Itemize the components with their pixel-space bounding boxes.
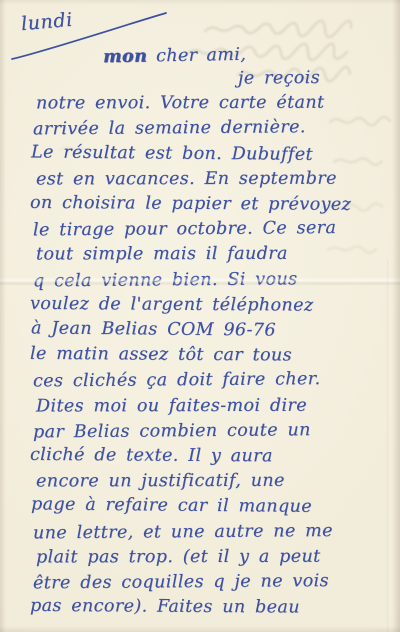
letter-line: le tirage pour octobre. Ce sera: [33, 216, 395, 244]
letter-line: par Belias combien coute un: [33, 417, 395, 445]
letter-line: Dites moi ou faites-moi dire: [36, 393, 398, 419]
letter-line: le matin assez tôt car tous: [30, 342, 392, 369]
letter-line: être des coquilles q je ne vois: [33, 569, 395, 597]
date-line: lundi: [20, 9, 74, 35]
letter-line: une lettre, et une autre ne me: [33, 518, 395, 546]
letter-line: q cela vienne bien. Si vous: [33, 266, 395, 294]
letter-line: on choisira le papier et prévoyez: [30, 191, 392, 218]
letter-line: je reçois: [238, 65, 395, 91]
letter-line: arrivée la semaine dernière.: [33, 115, 395, 143]
letter-line: tout simple mais il faudra: [36, 242, 398, 268]
letter-line: pas encore). Faites un beau: [30, 594, 392, 621]
letter-line: à Jean Belias COM 96-76: [31, 316, 393, 344]
letter-line: Le résultat est bon. Dubuffet: [31, 140, 393, 168]
letter-line: voulez de l'argent téléphonez: [30, 292, 392, 319]
letter-line: cliché de texte. Il y aura: [30, 443, 392, 470]
salutation: mon cher ami,: [103, 45, 247, 67]
letter-line: encore un justificatif, une: [36, 469, 398, 495]
letter-line: plait pas trop. (et il y a peut: [36, 544, 398, 570]
letter-line: page à refaire car il manque: [31, 493, 393, 521]
salutation-rest: cher ami,: [147, 45, 246, 67]
letter-line: notre envoi. Votre carte étant: [36, 91, 398, 117]
letter-page: lundi mon cher ami, je reçois notre envo…: [0, 0, 400, 632]
letter-body: je reçois notre envoi. Votre carte étant…: [30, 66, 392, 620]
salutation-first-word: mon: [103, 46, 147, 67]
letter-line: est en vacances. En septembre: [36, 166, 398, 192]
letter-line: ces clichés ça doit faire cher.: [33, 367, 395, 395]
